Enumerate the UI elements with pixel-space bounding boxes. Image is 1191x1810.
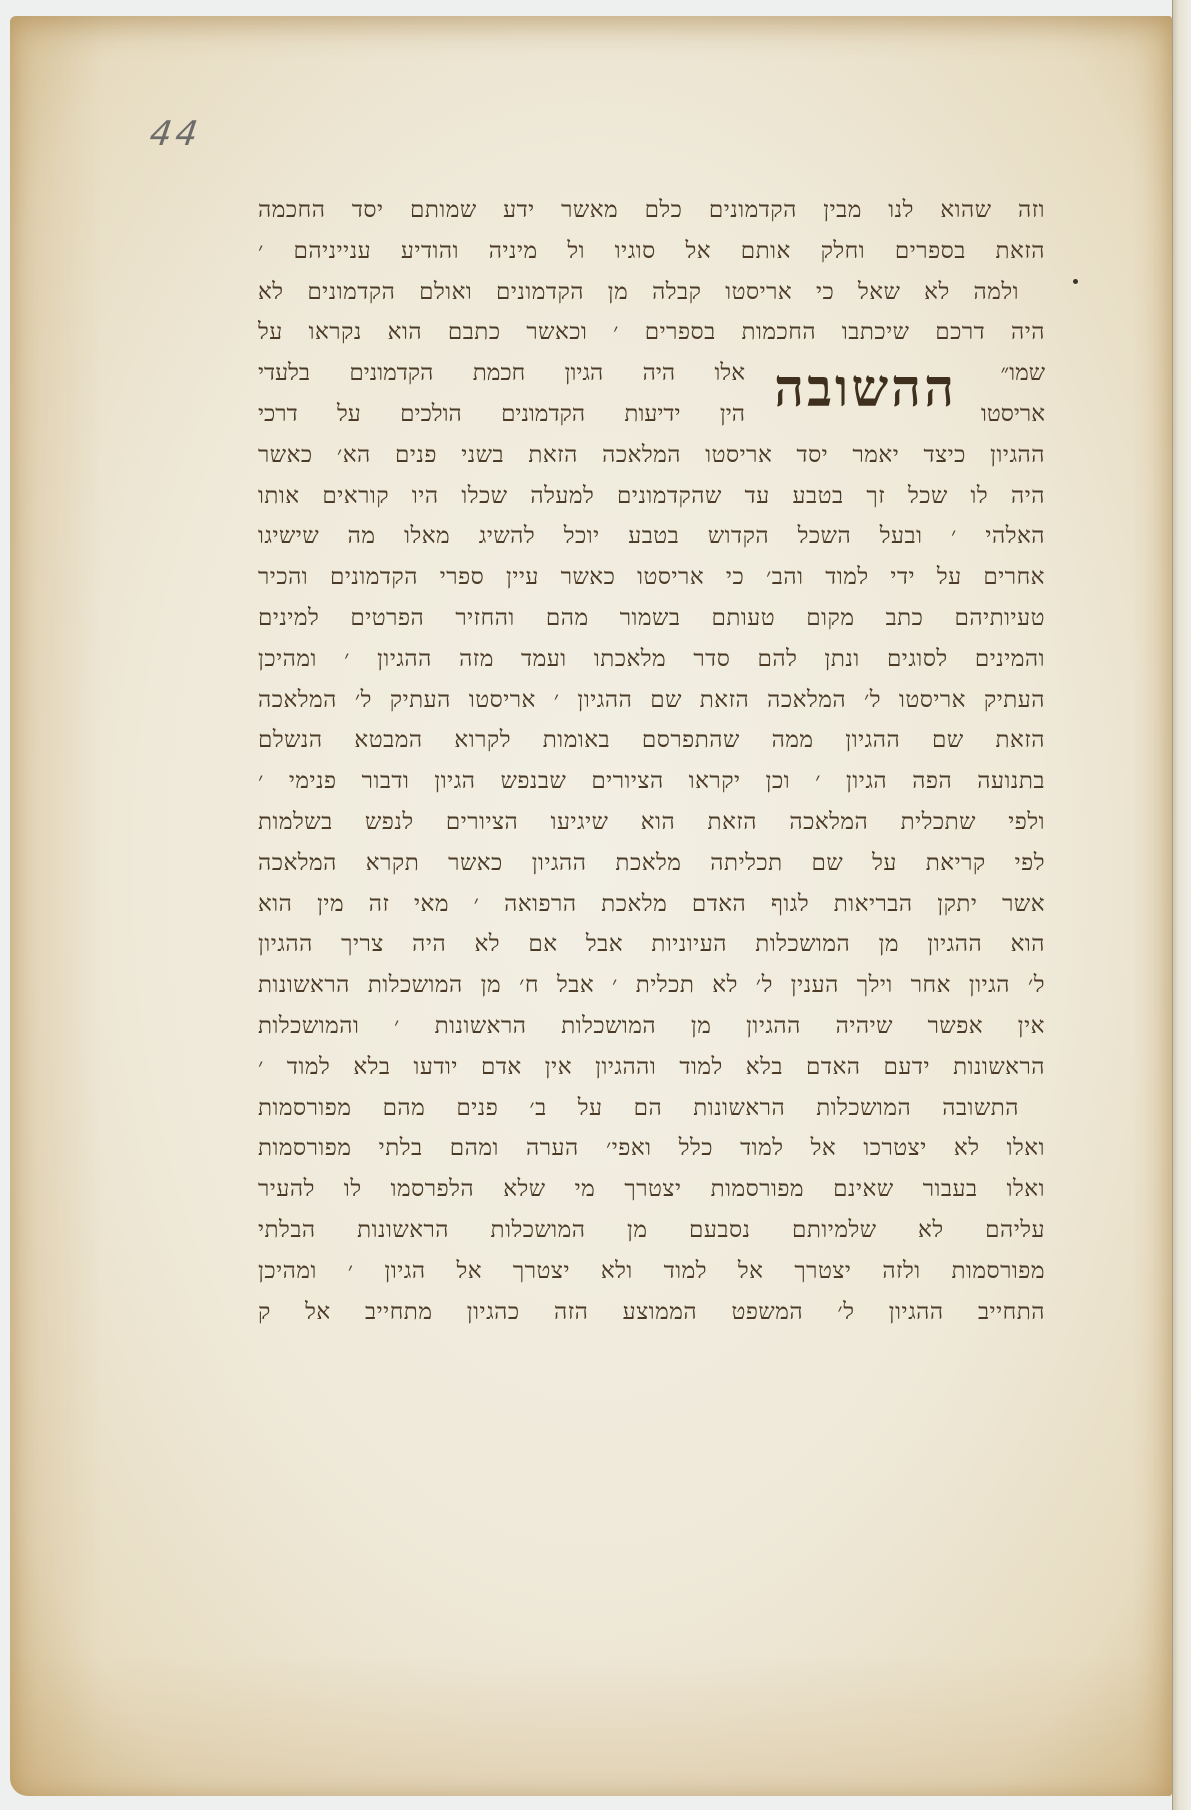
- text-line-9: האלהי ׳ ובעל השכל הקדוש בטבע יוכל להשיג …: [258, 516, 1045, 557]
- text-line-16: ולפי שתכלית המלאכה הזאת הוא שיגיעו הציור…: [258, 802, 1045, 843]
- ink-dot-mark: [1073, 279, 1078, 284]
- text-line-23: התשובה המושכלות הראשונות הם על ב׳ פנים מ…: [258, 1088, 1045, 1129]
- text-line-5-rest: אלו היה הגיון חכמת הקדמונים בלעדי: [258, 353, 745, 394]
- text-line-2: הזאת בספרים וחלק אותם אל סוגיו ול מיניה …: [258, 231, 1045, 272]
- text-line-14: הזאת שם ההגיון ממה שהתפרסם באומות לקרוא …: [258, 720, 1045, 761]
- text-line-3: ולמה לא שאל כי אריסטו קבלה מן הקדמונים ו…: [258, 272, 1045, 313]
- text-line-8: היה לו שכל זך בטבע עד שהקדמונים למעלה שכ…: [258, 476, 1045, 517]
- text-line-22: הראשונות ידעם האדם בלא למוד וההגיון אין …: [258, 1047, 1045, 1088]
- text-line-27: מפורסמות ולזה יצטרך אל למוד ולא יצטרך אל…: [258, 1251, 1045, 1292]
- text-line-11: טעיותיהם כתב מקום טעותם בשמור מהם והחזיר…: [258, 598, 1045, 639]
- folio-number: 44: [147, 114, 204, 154]
- text-line-26: עליהם לא שלמיותם נסבעם מן המושכלות הראשו…: [258, 1210, 1045, 1251]
- text-line-21: אין אפשר שיהיה ההגיון מן המושכלות הראשונ…: [258, 1006, 1045, 1047]
- text-line-10: אחרים על ידי למוד והב׳ כי אריסטו כאשר עי…: [258, 557, 1045, 598]
- text-line-13: העתיק אריסטו ל׳ המלאכה הזאת שם ההגיון ׳ …: [258, 680, 1045, 721]
- text-line-17: לפי קריאת על שם תכליתה מלאכת ההגיון כאשר…: [258, 843, 1045, 884]
- text-line-28: התחייב ההגיון ל׳ המשפט הממוצע הזה כהגיון…: [258, 1292, 1045, 1333]
- text-line-5-lead: שמו״: [965, 353, 1045, 394]
- text-line-24: ואלו לא יצטרכו אל למוד כלל ואפי׳ הערה ומ…: [258, 1128, 1045, 1169]
- text-line-18: אשר יתקן הבריאות לגוף האדם מלאכת הרפואה …: [258, 884, 1045, 925]
- text-line-20: ל׳ הגיון אחר וילך הענין ל׳ לא תכלית ׳ אב…: [258, 965, 1045, 1006]
- text-line-6-lead: אריסטו: [965, 394, 1045, 435]
- text-line-4: היה דרכם שיכתבו החכמות בספרים ׳ וכאשר כת…: [258, 312, 1045, 353]
- text-line-12: והמינים לסוגים ונתן להם סדר מלאכתו ועמד …: [258, 639, 1045, 680]
- text-line-6-rest: הין ידיעות הקדמונים הולכים על דרכי: [258, 394, 745, 435]
- text-line-15: בתנועה הפה הגיון ׳ וכן יקראו הציורים שבנ…: [258, 761, 1045, 802]
- text-line-19: הוא ההגיון מן המושכלות העיוניות אבל אם ל…: [258, 924, 1045, 965]
- heading-block: שמו״ ההשובה אלו היה הגיון חכמת הקדמונים …: [258, 353, 1045, 435]
- text-line-25: ואלו בעבור שאינם מפורסמות יצטרך מי שלא ה…: [258, 1169, 1045, 1210]
- manuscript-text-block: וזה שהוא לנו מבין הקדמונים כלם מאשר ידע …: [258, 190, 1045, 1332]
- text-line-1: וזה שהוא לנו מבין הקדמונים כלם מאשר ידע …: [258, 190, 1045, 231]
- adjacent-page-edge: [1172, 0, 1191, 1810]
- text-line-7: ההגיון כיצד יאמר יסד אריסטו המלאכה הזאת …: [258, 435, 1045, 476]
